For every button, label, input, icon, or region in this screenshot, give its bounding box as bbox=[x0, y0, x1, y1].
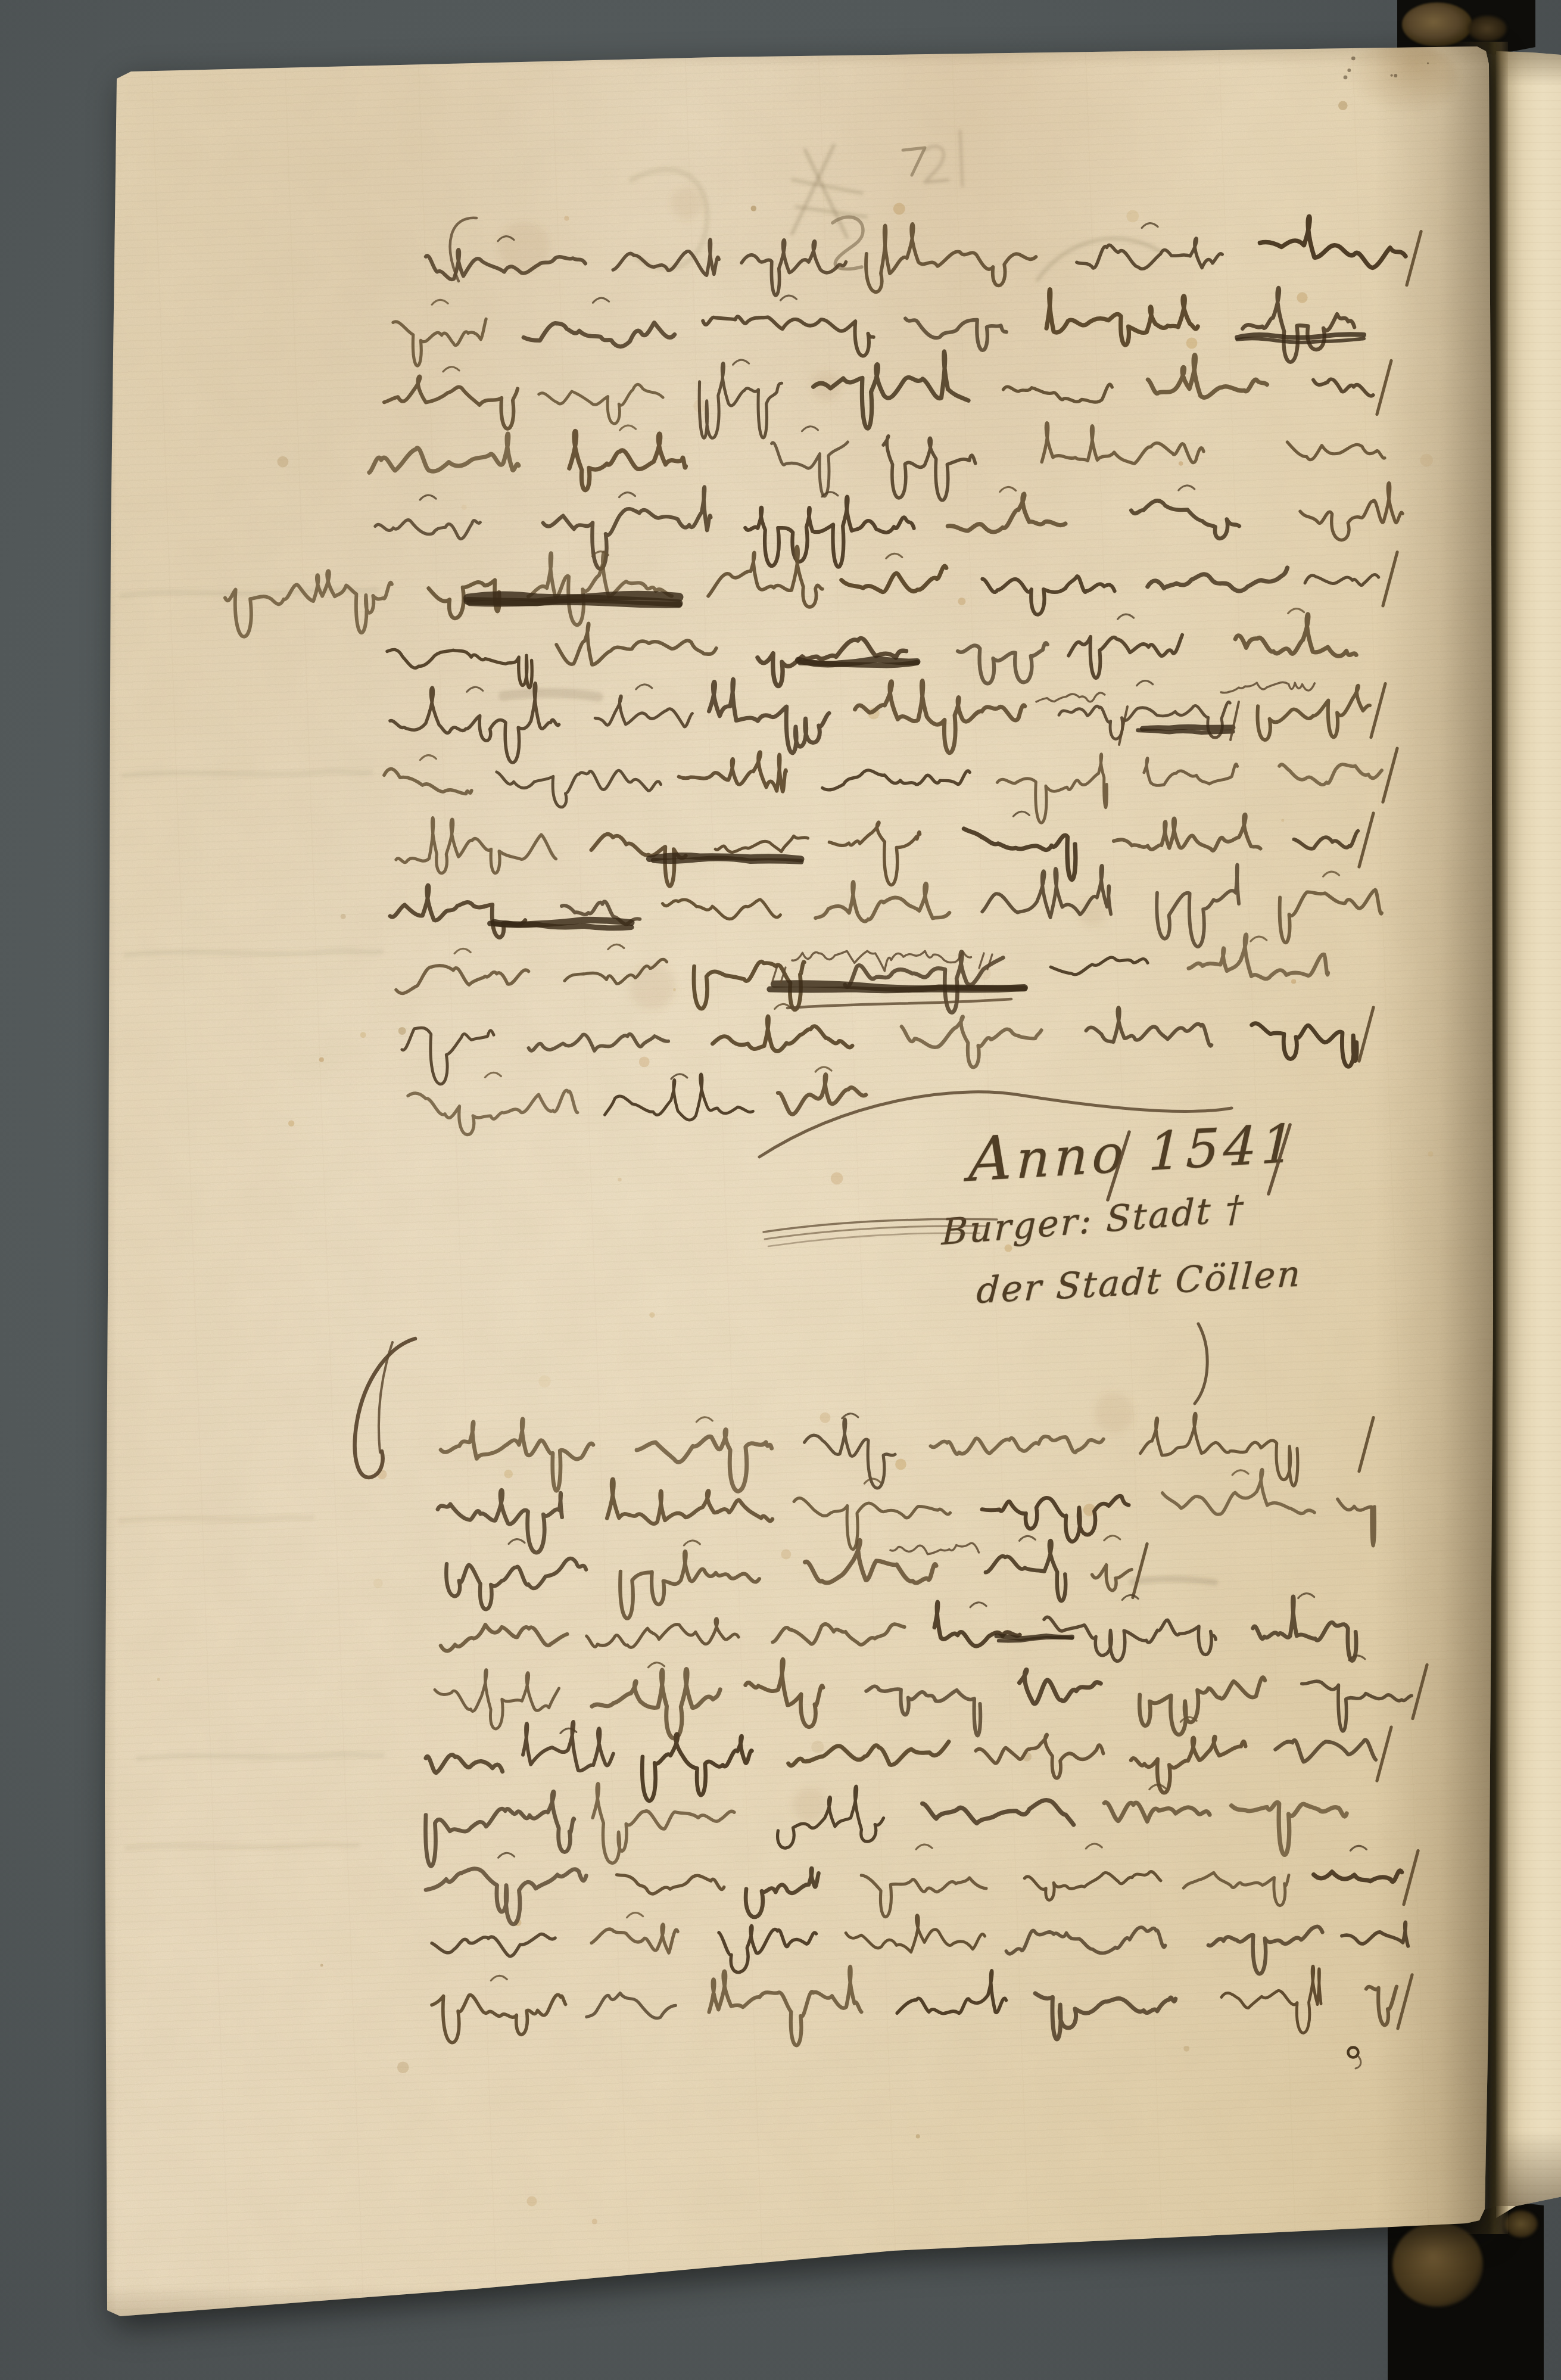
handwritten-word bbox=[1077, 238, 1222, 269]
handwritten-word bbox=[1068, 635, 1182, 678]
handwritten-word bbox=[556, 624, 716, 665]
foxing-spot bbox=[1420, 454, 1433, 466]
handwritten-word bbox=[679, 752, 786, 791]
page-shadow-left bbox=[96, 39, 117, 2327]
handwriting-lines bbox=[225, 216, 1427, 2045]
handwriting-line bbox=[387, 609, 1356, 688]
handwritten-word bbox=[746, 1659, 823, 1727]
handwritten-word bbox=[814, 351, 968, 428]
handwritten-word bbox=[441, 1419, 593, 1491]
ink-ring-mark bbox=[1348, 2048, 1359, 2058]
foxing-blotches bbox=[498, 187, 1134, 1822]
handwritten-word bbox=[772, 1624, 904, 1645]
handwritten-word bbox=[934, 1602, 1020, 1646]
strikethrough bbox=[468, 599, 679, 603]
foxing-spot bbox=[1126, 210, 1139, 222]
virgule-slash bbox=[1404, 1851, 1418, 1905]
handwritten-word bbox=[829, 822, 920, 885]
virgule-slash bbox=[1413, 1665, 1427, 1719]
handwritten-word bbox=[846, 1915, 984, 1952]
diacritic-mark bbox=[593, 552, 609, 556]
insertion-word bbox=[792, 951, 971, 971]
handwritten-word bbox=[426, 1791, 574, 1866]
foxing-spot bbox=[868, 708, 880, 720]
handwritten-word bbox=[1104, 1802, 1210, 1821]
handwritten-word bbox=[393, 319, 486, 366]
handwritten-word bbox=[1148, 355, 1267, 398]
handwritten-word bbox=[592, 1669, 720, 1738]
handwritten-word bbox=[1035, 1993, 1176, 2039]
virgule-slash bbox=[1133, 1544, 1147, 1598]
foxing-spot bbox=[319, 1057, 324, 1062]
foxing-spot bbox=[504, 1470, 513, 1479]
handwritten-word bbox=[1051, 957, 1148, 975]
diacritic-mark bbox=[1118, 614, 1134, 619]
diacritic-mark bbox=[1086, 1844, 1102, 1849]
handwritten-word bbox=[861, 1875, 986, 1917]
show-through-marks-sharp bbox=[833, 148, 925, 269]
pen-flourish bbox=[1269, 1125, 1290, 1194]
diacritic-mark bbox=[1122, 1595, 1138, 1600]
handwritten-word bbox=[709, 679, 830, 753]
handwritten-word bbox=[396, 966, 529, 994]
handwritten-word bbox=[1183, 1872, 1289, 1905]
handwritten-word bbox=[1252, 1023, 1357, 1067]
diacritic-mark bbox=[498, 237, 514, 241]
diacritic-mark bbox=[485, 1072, 501, 1077]
diacritic-mark bbox=[916, 1844, 932, 1849]
binding-leather-top bbox=[1402, 2, 1472, 46]
strikethrough bbox=[1142, 727, 1233, 729]
handwritten-word bbox=[593, 1784, 734, 1863]
handwritten-word bbox=[617, 1875, 724, 1894]
handwritten-word bbox=[225, 571, 392, 637]
handwritten-word bbox=[569, 431, 686, 490]
strikethrough bbox=[649, 856, 801, 859]
foxing-spot bbox=[916, 2135, 920, 2139]
diacritic-mark bbox=[1013, 811, 1029, 816]
strikethrough bbox=[494, 920, 631, 925]
handwritten-word bbox=[1287, 442, 1385, 460]
binding-speck bbox=[1427, 62, 1429, 64]
diacritic-mark bbox=[1000, 487, 1016, 491]
handwriting-line bbox=[408, 1067, 866, 1135]
handwritten-word bbox=[539, 384, 663, 424]
handwritten-word bbox=[390, 683, 559, 763]
handwritten-word bbox=[435, 1670, 559, 1729]
handwritten-word bbox=[1141, 1413, 1298, 1486]
handwritten-word bbox=[976, 1735, 1103, 1778]
handwritten-word bbox=[375, 520, 480, 539]
insertion-word bbox=[1036, 693, 1105, 702]
handwritten-word bbox=[699, 363, 781, 438]
virgule-slash bbox=[1377, 360, 1391, 414]
handwritten-word bbox=[523, 1722, 613, 1771]
handwritten-word bbox=[746, 1868, 818, 1917]
corner-stain bbox=[1345, 43, 1458, 114]
handwritten-word bbox=[905, 319, 1007, 350]
foxing-spot bbox=[538, 1376, 551, 1388]
foxing-spot bbox=[639, 1057, 650, 1068]
diacritic-mark bbox=[420, 495, 436, 500]
handwritten-word bbox=[446, 1558, 586, 1609]
foxing-spot bbox=[373, 1579, 383, 1588]
ghost-mark bbox=[138, 1754, 382, 1759]
foxing-spot bbox=[592, 2219, 597, 2224]
foxing-spot bbox=[618, 1178, 621, 1181]
handwritten-word bbox=[1004, 384, 1113, 402]
foxing-spot bbox=[751, 206, 756, 211]
virgule-slash bbox=[1383, 552, 1397, 606]
ghost-mark bbox=[792, 145, 834, 234]
ghost-mark bbox=[796, 207, 866, 217]
handwriting-line bbox=[390, 679, 1385, 763]
handwritten-word bbox=[712, 1016, 852, 1051]
diacritic-mark bbox=[627, 1913, 643, 1918]
diacritic-mark bbox=[1323, 872, 1339, 876]
pen-flourish bbox=[787, 999, 1011, 1008]
binding-thread-bottom bbox=[1504, 2210, 1538, 2238]
handwritten-word bbox=[1305, 574, 1379, 585]
ghost-mark bbox=[805, 150, 847, 237]
foxing-spot bbox=[1428, 1152, 1434, 1157]
foxing-spot bbox=[157, 1678, 160, 1681]
pen-flourish bbox=[987, 954, 992, 969]
handwritten-word bbox=[1046, 290, 1198, 345]
handwriting-line bbox=[390, 864, 1382, 947]
strikethrough bbox=[653, 858, 801, 861]
handwritten-word bbox=[432, 1934, 555, 1956]
foxing-spot bbox=[781, 1550, 791, 1560]
handwritten-word bbox=[587, 1993, 676, 2018]
handwritten-word bbox=[1232, 1802, 1347, 1855]
handwritten-word bbox=[384, 769, 472, 794]
foxing-spot bbox=[397, 2062, 409, 2074]
ghost-mark bbox=[124, 771, 370, 776]
handwritten-word bbox=[982, 1496, 1129, 1542]
handwriting-line bbox=[369, 423, 1385, 500]
diacritic-mark bbox=[1298, 1594, 1314, 1598]
virgule-slash bbox=[1383, 748, 1397, 802]
handwritten-word bbox=[778, 1786, 884, 1848]
handwritten-word bbox=[426, 1754, 503, 1772]
diacritic-mark bbox=[822, 492, 838, 497]
pen-flourish bbox=[765, 1226, 989, 1239]
handwritten-word bbox=[1042, 423, 1204, 464]
diacritic-mark bbox=[498, 1853, 515, 1858]
handwritten-word bbox=[883, 436, 976, 500]
foxing-spot bbox=[673, 988, 676, 991]
handwriting-line bbox=[432, 1966, 1412, 2045]
strikethrough bbox=[469, 602, 679, 605]
ghost-mark bbox=[833, 217, 863, 269]
handwritten-word bbox=[497, 770, 661, 807]
diacritic-mark bbox=[443, 367, 459, 372]
foxing-spot bbox=[978, 967, 991, 980]
handwriting-layer bbox=[0, 0, 1561, 2380]
ghost-mark bbox=[120, 1517, 312, 1521]
diacritic-mark bbox=[1349, 1656, 1365, 1660]
handwritten-word bbox=[1157, 864, 1239, 947]
handwritten-word bbox=[402, 1028, 494, 1084]
strikethrough bbox=[1237, 334, 1364, 338]
strikethrough bbox=[1237, 338, 1364, 343]
diacritic-mark bbox=[864, 1479, 880, 1483]
handwriting-line bbox=[432, 1913, 1408, 1974]
diacritic-mark bbox=[420, 755, 436, 760]
handwriting-line bbox=[435, 1656, 1427, 1738]
handwritten-word bbox=[1086, 1007, 1212, 1046]
foxing-spot bbox=[398, 1027, 406, 1035]
handwritten-word bbox=[694, 962, 804, 1010]
handwritten-word bbox=[983, 576, 1115, 614]
foxing-blotch bbox=[792, 1788, 826, 1822]
handwriting-line bbox=[384, 748, 1397, 823]
pen-flourish bbox=[772, 966, 777, 981]
diacritic-mark bbox=[1179, 486, 1195, 490]
handwritten-word bbox=[543, 487, 711, 569]
handwritten-word bbox=[866, 224, 1036, 292]
handwritten-word bbox=[565, 959, 667, 984]
page-shadow-right bbox=[1375, 39, 1494, 2327]
handwriting-line bbox=[384, 351, 1391, 438]
ghost-mark bbox=[631, 170, 707, 269]
handwritten-word bbox=[637, 1430, 772, 1492]
handwritten-word bbox=[709, 1967, 862, 2045]
strikethrough bbox=[997, 1636, 1073, 1638]
handwritten-word bbox=[1235, 614, 1356, 657]
foxing-spot bbox=[462, 505, 467, 510]
date-anno-1541: Anno 1541 bbox=[968, 1105, 1300, 1195]
diacritic-mark bbox=[802, 427, 818, 431]
foxing-blotch bbox=[671, 187, 703, 219]
handwritten-word bbox=[758, 638, 906, 686]
diacritic-mark bbox=[649, 1663, 665, 1667]
next-leaf-bottom-shadow bbox=[1496, 2130, 1561, 2207]
diacritic-mark bbox=[491, 1975, 507, 1980]
handwritten-word bbox=[805, 1419, 895, 1488]
foxing-blotch bbox=[630, 963, 675, 1009]
diacritic-mark bbox=[560, 1728, 577, 1733]
handwritten-word bbox=[1294, 831, 1358, 849]
handwritten-word bbox=[591, 834, 686, 886]
ghost-mark bbox=[793, 180, 862, 193]
handwritten-word bbox=[613, 239, 719, 275]
insertion-word bbox=[1221, 682, 1314, 693]
ghost-mark bbox=[126, 951, 381, 955]
handwritten-word bbox=[842, 566, 946, 592]
handwritten-word bbox=[703, 316, 873, 356]
diacritic-mark bbox=[593, 298, 609, 303]
foxing-spot bbox=[693, 400, 706, 413]
handwritten-word bbox=[1300, 483, 1403, 540]
foxing-blotch bbox=[811, 371, 842, 401]
handwriting-line bbox=[446, 1536, 1147, 1619]
foxing-spot bbox=[1179, 461, 1183, 466]
virgule-slash bbox=[1359, 813, 1373, 867]
handwritten-word bbox=[964, 829, 1076, 879]
handwriting-line bbox=[375, 483, 1403, 569]
virgule-slash bbox=[1359, 1007, 1373, 1061]
foxing-spot bbox=[958, 598, 966, 605]
pen-flourish bbox=[1119, 707, 1127, 745]
diacritic-mark bbox=[1350, 1846, 1366, 1850]
diacritic-mark bbox=[432, 300, 448, 304]
next-leaf-top-shadow bbox=[1496, 50, 1561, 86]
handwriting-line bbox=[426, 216, 1421, 295]
diacritic-mark bbox=[509, 1539, 525, 1544]
handwritten-word bbox=[1059, 702, 1230, 739]
virgule-slash bbox=[1359, 1418, 1373, 1471]
diacritic-mark bbox=[636, 685, 652, 689]
handwritten-word bbox=[528, 552, 672, 625]
diacritic-mark bbox=[1104, 1536, 1120, 1541]
diacritic-mark bbox=[733, 360, 749, 365]
pen-flourishes bbox=[355, 218, 1361, 2068]
binding-speck bbox=[1394, 74, 1397, 77]
diacritic-mark bbox=[1149, 1785, 1166, 1790]
handwritten-word bbox=[441, 1625, 567, 1651]
handwritten-word bbox=[1338, 1499, 1375, 1546]
handwritten-word bbox=[1044, 1617, 1216, 1661]
page-shadow-bottom bbox=[96, 2285, 1494, 2327]
strikethrough bbox=[1138, 730, 1233, 733]
foxing-blotch bbox=[1094, 1393, 1134, 1433]
handwriting-line bbox=[396, 811, 1373, 886]
binding-thread-top bbox=[1467, 15, 1507, 42]
diacritic-mark bbox=[1180, 1717, 1197, 1722]
virgule-slash bbox=[1371, 684, 1385, 738]
foxing-spot bbox=[341, 914, 346, 919]
handwritten-word bbox=[997, 754, 1107, 823]
diacritic-mark bbox=[608, 944, 624, 949]
handwritten-word bbox=[642, 1734, 752, 1801]
pen-flourish bbox=[759, 1092, 1232, 1157]
handwritten-word bbox=[897, 1971, 1006, 2014]
handwritten-word bbox=[982, 866, 1111, 917]
handwritten-word bbox=[432, 1995, 566, 2042]
handwritten-word bbox=[1007, 1927, 1166, 1954]
handwritten-word bbox=[708, 546, 822, 607]
handwritten-word bbox=[524, 323, 674, 347]
handwritten-word bbox=[1314, 1871, 1402, 1882]
handwritten-word bbox=[741, 240, 846, 295]
virgule-slash bbox=[1377, 1727, 1391, 1781]
foxing-spot bbox=[377, 1470, 387, 1479]
handwriting-line bbox=[426, 1784, 1347, 1866]
handwritten-word bbox=[1148, 568, 1288, 591]
insertion-word bbox=[890, 1543, 979, 1554]
pen-flourish bbox=[450, 218, 476, 281]
handwriting-line bbox=[225, 546, 1397, 636]
handwritten-word bbox=[1302, 1681, 1412, 1731]
docket-line-2: der Stadt Cöllen bbox=[976, 1253, 1303, 1312]
handwritten-word bbox=[866, 1686, 980, 1735]
foxing-spot bbox=[320, 1964, 323, 1967]
diacritic-mark bbox=[1142, 223, 1158, 228]
handwritten-word bbox=[1139, 1678, 1265, 1735]
handwritten-word bbox=[715, 836, 808, 852]
strikethrough bbox=[490, 923, 631, 928]
page-shadow-top bbox=[96, 39, 1494, 67]
foxing-spot bbox=[1186, 338, 1198, 349]
diacritic-mark bbox=[671, 1074, 687, 1079]
handwriting-line bbox=[441, 1413, 1373, 1491]
handwritten-word bbox=[948, 494, 1065, 532]
strikethrough bbox=[468, 595, 680, 599]
pen-flourish bbox=[355, 1339, 415, 1477]
handwriting-line bbox=[396, 934, 1328, 1012]
foxing-spot bbox=[1083, 1504, 1096, 1516]
foxing-spot bbox=[278, 456, 289, 468]
handwritten-word bbox=[429, 580, 500, 618]
handwritten-word bbox=[1144, 758, 1238, 786]
handwritten-word bbox=[1260, 216, 1406, 267]
diacritic-mark bbox=[970, 1603, 986, 1607]
handwritten-word bbox=[390, 885, 525, 938]
ghost-mark bbox=[960, 131, 962, 186]
strikethrough bbox=[800, 662, 918, 665]
manuscript-page-wrap: Anno 1541 Burger: Stadt † der Stadt Cöll… bbox=[96, 39, 1494, 2327]
foxing-spot bbox=[831, 1172, 843, 1185]
handwritten-word bbox=[1222, 1966, 1321, 2033]
handwritten-word bbox=[1257, 686, 1370, 740]
pen-flourish bbox=[764, 1219, 997, 1232]
handwritten-word bbox=[605, 1074, 753, 1120]
handwritten-word bbox=[438, 1490, 562, 1553]
handwritten-word bbox=[805, 1540, 936, 1583]
handwritten-word bbox=[1092, 1565, 1132, 1591]
foxing-spot bbox=[564, 216, 569, 221]
foxing-spot bbox=[1022, 1752, 1032, 1762]
handwritten-word bbox=[1163, 1470, 1314, 1514]
diacritic-mark bbox=[1288, 609, 1304, 614]
foxing-spot bbox=[1297, 293, 1307, 303]
binding-speck bbox=[1344, 75, 1348, 79]
book-gutter-shadow bbox=[1451, 42, 1508, 2234]
virgule-slash bbox=[1407, 232, 1421, 285]
ink-marks bbox=[1348, 2048, 1359, 2058]
diacritic-mark bbox=[467, 687, 483, 692]
diacritic-mark bbox=[1137, 681, 1153, 686]
handwritten-word bbox=[1313, 379, 1373, 396]
binding-speck bbox=[1347, 69, 1351, 72]
handwritten-word bbox=[815, 882, 949, 921]
foxing-spot bbox=[1183, 2046, 1189, 2052]
pen-flourish bbox=[1108, 1132, 1129, 1200]
diacritic-mark bbox=[454, 948, 471, 953]
foxing-spot bbox=[1338, 101, 1348, 111]
pen-flourish bbox=[1230, 702, 1239, 740]
strikethrough bbox=[774, 984, 1024, 989]
handwritten-word bbox=[1131, 1737, 1245, 1793]
diacritic-mark bbox=[775, 1004, 791, 1009]
handwritten-word bbox=[778, 1074, 866, 1114]
foxing-spot bbox=[893, 203, 905, 215]
handwritten-word bbox=[1253, 1597, 1356, 1661]
strikethrough bbox=[999, 1638, 1072, 1641]
handwritten-word bbox=[1020, 1670, 1101, 1704]
paper-grain-texture bbox=[96, 39, 1494, 2327]
handwritten-word bbox=[1189, 934, 1328, 979]
foxing-spot bbox=[820, 1413, 830, 1423]
pen-flourish bbox=[379, 1342, 392, 1452]
foxing-spot bbox=[1286, 337, 1289, 340]
handwriting-line bbox=[438, 1470, 1375, 1553]
diacritic-mark bbox=[1232, 1470, 1248, 1475]
handwriting-line bbox=[393, 288, 1354, 366]
ghost-mark bbox=[122, 590, 376, 596]
